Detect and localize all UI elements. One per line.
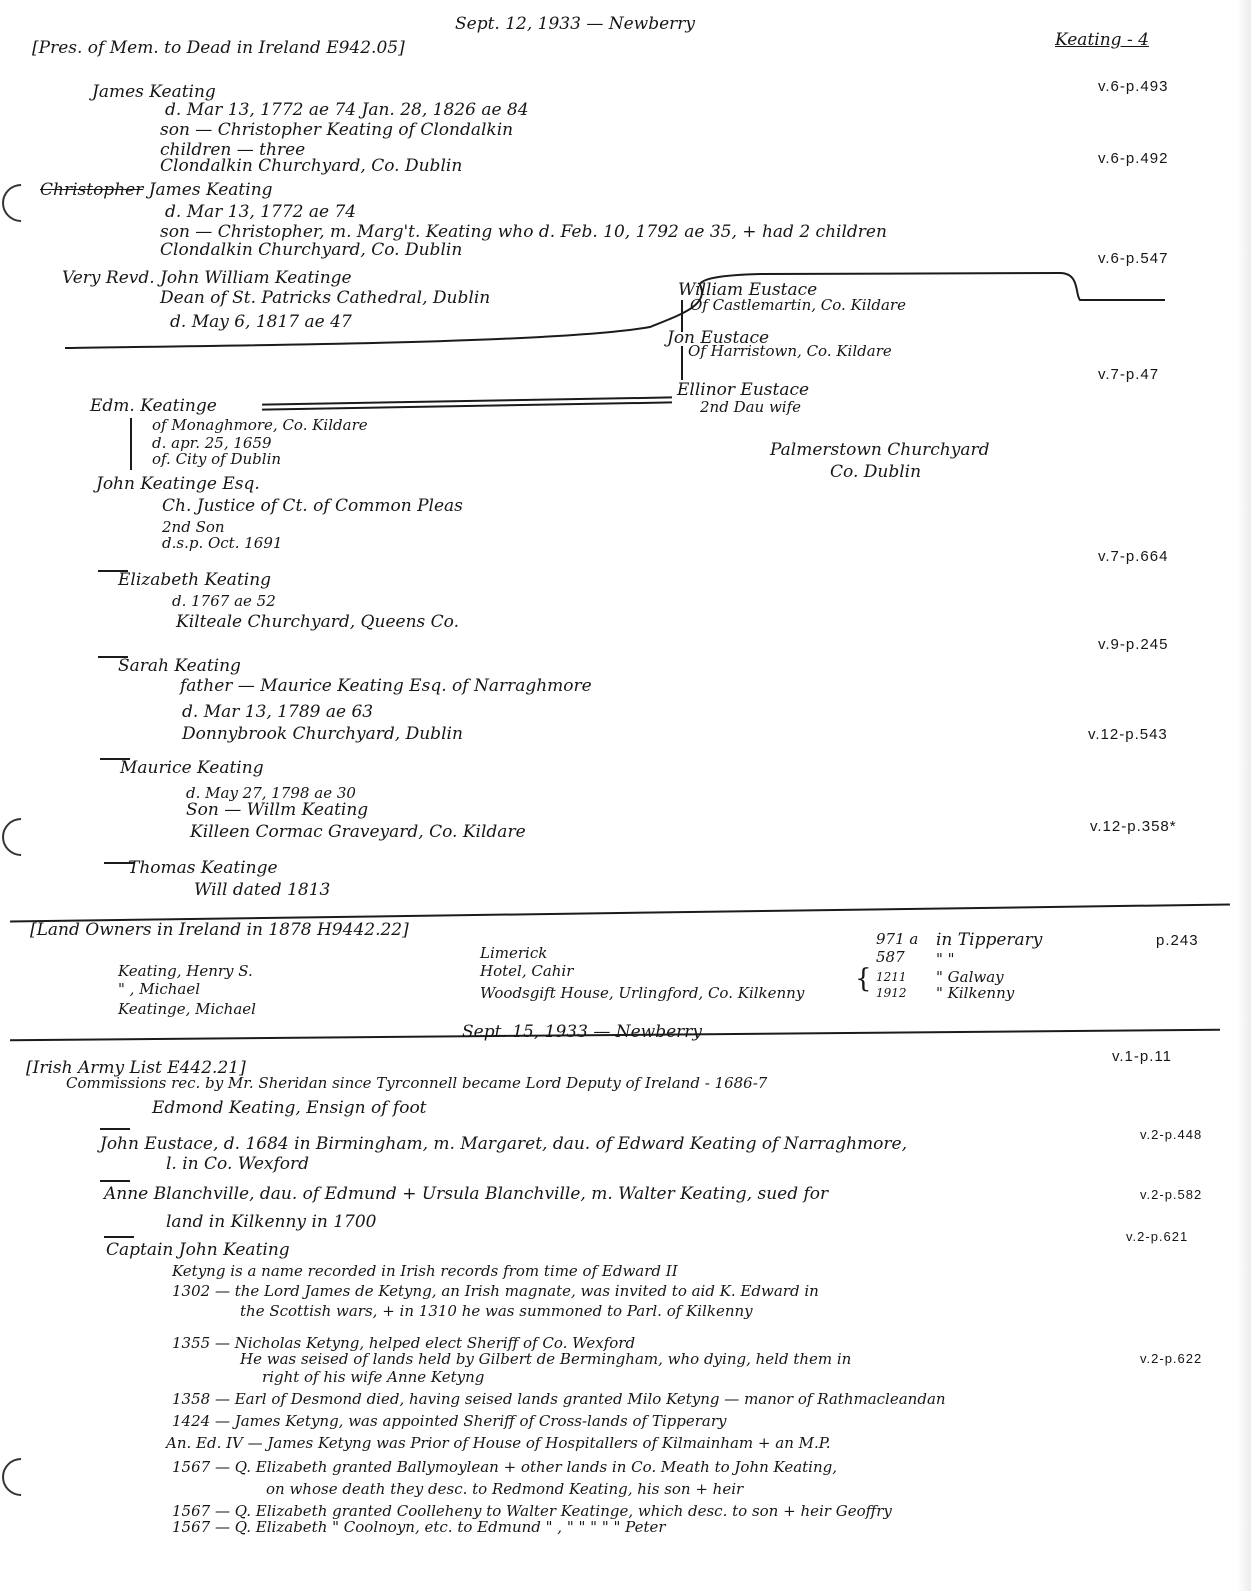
owner-name: Keatinge, Michael <box>118 1000 256 1018</box>
entry-line: Kilteale Churchyard, Queens Co. <box>176 612 459 632</box>
history-line: 1424 — James Ketyng, was appointed Sheri… <box>172 1412 727 1430</box>
entry-ref: v.6-p.492 <box>1098 150 1168 168</box>
entry-line: John Eustace, d. 1684 in Birmingham, m. … <box>100 1134 907 1154</box>
history-year: 1355 — <box>172 1334 235 1352</box>
binder-hole <box>0 1450 48 1504</box>
entry-line: father — Maurice Keating Esq. of Narragh… <box>180 676 592 696</box>
commission-detail: Edmond Keating, Ensign of foot <box>152 1098 427 1118</box>
entry-line: Ch. Justice of Ct. of Common Pleas <box>162 496 463 516</box>
entry-name: Christopher James Keating <box>40 180 273 200</box>
owner-acres: 1912 <box>876 984 907 1002</box>
owner-county: " Kilkenny <box>936 984 1014 1002</box>
owner-place: Limerick <box>480 944 547 962</box>
entry-line: d. Mar 13, 1772 ae 74 <box>165 202 356 222</box>
date-line: Sept. 12, 1933 — Newberry <box>455 14 695 34</box>
history-text: the Lord James de Ketyng, an Irish magna… <box>235 1282 819 1300</box>
entry-name: Thomas Keatinge <box>128 858 278 878</box>
entry-line: d.s.p. Oct. 1691 <box>162 534 282 552</box>
tree-line <box>681 346 683 380</box>
source-citation: [Land Owners in Ireland in 1878 H9442.22… <box>30 920 409 940</box>
history-text: right of his wife Anne Ketyng <box>262 1368 484 1386</box>
entry-ref: p.243 <box>1156 932 1199 950</box>
history-year: 1567 — <box>172 1458 235 1476</box>
struck-name: Christopher <box>40 180 143 200</box>
entry-name: Sarah Keating <box>118 656 241 676</box>
history-text: James Ketyng, was appointed Sheriff of C… <box>235 1412 727 1430</box>
history-text: on whose death they desc. to Redmond Kea… <box>266 1480 743 1498</box>
entry-name: Captain John Keating <box>106 1240 290 1260</box>
burial-place: Co. Dublin <box>830 462 921 482</box>
eustace-detail: Of Harristown, Co. Kildare <box>688 342 892 360</box>
entry-line: d. Mar 13, 1789 ae 63 <box>182 702 373 722</box>
entry-ref: v.2-p.448 <box>1140 1126 1202 1144</box>
entry-line: son — Christopher, m. Marg't. Keating wh… <box>160 222 887 242</box>
history-year: 1567 — <box>172 1518 235 1536</box>
entry-name: Elizabeth Keating <box>118 570 271 590</box>
entry-line: d. Mar 13, 1772 ae 74 Jan. 28, 1826 ae 8… <box>165 100 529 120</box>
entry-ref: v.2-p.621 <box>1126 1228 1188 1246</box>
history-line: on whose death they desc. to Redmond Kea… <box>266 1480 743 1498</box>
entry-ref: v.7-p.664 <box>1098 548 1168 566</box>
entry-line: of. City of Dublin <box>152 450 281 468</box>
entry-ref: v.1-p.11 <box>1112 1048 1172 1066</box>
entry-ref: v.9-p.245 <box>1098 636 1168 654</box>
entry-line: Will dated 1813 <box>194 880 330 900</box>
tree-line <box>130 418 132 470</box>
owner-place: Woodsgift House, Urlingford, Co. Kilkenn… <box>480 984 804 1002</box>
eustace-detail: Of Castlemartin, Co. Kildare <box>690 296 906 314</box>
entry-name: James Keating <box>92 82 216 102</box>
history-line: An. Ed. IV — James Ketyng was Prior of H… <box>166 1434 831 1452</box>
entry-line: Anne Blanchville, dau. of Edmund + Ursul… <box>104 1184 828 1204</box>
commission-intro: Commissions rec. by Mr. Sheridan since T… <box>66 1074 767 1092</box>
owner-acres: 971 a <box>876 930 918 948</box>
history-line: the Scottish wars, + in 1310 he was summ… <box>240 1302 753 1320</box>
entry-name: John Keatinge Esq. <box>96 474 260 494</box>
entry-line: Killeen Cormac Graveyard, Co. Kildare <box>190 822 526 842</box>
binder-hole <box>0 810 48 864</box>
entry-line: son — Christopher Keating of Clondalkin <box>160 120 513 140</box>
history-text: Earl of Desmond died, having seised land… <box>235 1390 946 1408</box>
owner-place: Hotel, Cahir <box>480 962 573 980</box>
history-year: 1424 — <box>172 1412 235 1430</box>
history-text: James Ketyng was Prior of House of Hospi… <box>267 1434 830 1452</box>
brace: { <box>855 970 872 988</box>
entry-dash <box>100 1180 130 1182</box>
history-line: 1567 — Q. Elizabeth " Coolnoyn, etc. to … <box>172 1518 666 1536</box>
history-text: the Scottish wars, + in 1310 he was summ… <box>240 1302 753 1320</box>
history-text: Ketyng is a name recorded in Irish recor… <box>172 1262 678 1280</box>
history-line: 1358 — Earl of Desmond died, having seis… <box>172 1390 946 1408</box>
entry-ref: v.6-p.493 <box>1098 78 1168 96</box>
history-text: Q. Elizabeth " Coolnoyn, etc. to Edmund … <box>235 1518 666 1536</box>
entry-ref: v.2-p.622 <box>1140 1350 1202 1368</box>
history-text: Q. Elizabeth granted Ballymoylean + othe… <box>235 1458 837 1476</box>
page-edge-shadow <box>1237 0 1251 1591</box>
history-line: 1302 — the Lord James de Ketyng, an Iris… <box>172 1282 819 1300</box>
history-line: right of his wife Anne Ketyng <box>262 1368 484 1386</box>
history-text: He was seised of lands held by Gilbert d… <box>240 1350 851 1368</box>
owner-county: in Tipperary <box>936 930 1042 950</box>
history-year: 1302 — <box>172 1282 235 1300</box>
page-label: Keating - 4 <box>1055 30 1149 50</box>
entry-dash <box>104 1236 134 1238</box>
history-line: He was seised of lands held by Gilbert d… <box>240 1350 851 1368</box>
bracket-connector <box>60 265 1170 355</box>
owner-name: " , Michael <box>118 980 200 998</box>
entry-line: of Monaghmore, Co. Kildare <box>152 416 368 434</box>
entry-line: Donnybrook Churchyard, Dublin <box>182 724 463 744</box>
entry-name-text: James Keating <box>149 180 273 200</box>
entry-dash <box>100 1128 130 1130</box>
entry-ref: v.7-p.47 <box>1098 366 1159 384</box>
owner-county: " " <box>936 950 955 968</box>
burial-place: Palmerstown Churchyard <box>770 440 990 460</box>
entry-ref: v.2-p.582 <box>1140 1186 1202 1204</box>
entry-line: l. in Co. Wexford <box>166 1154 309 1174</box>
history-year: 1358 — <box>172 1390 235 1408</box>
entry-ref: v.12-p.358* <box>1090 818 1177 836</box>
entry-line: land in Kilkenny in 1700 <box>166 1212 377 1232</box>
entry-line: Clondalkin Churchyard, Co. Dublin <box>160 156 462 176</box>
entry-name: Maurice Keating <box>120 758 264 778</box>
history-line: 1567 — Q. Elizabeth granted Ballymoylean… <box>172 1458 837 1476</box>
owner-acres: 587 <box>876 948 905 966</box>
history-line: Ketyng is a name recorded in Irish recor… <box>172 1262 678 1280</box>
history-year: An. Ed. IV — <box>166 1434 267 1452</box>
owner-name: Keating, Henry S. <box>118 962 253 980</box>
source-citation: [Pres. of Mem. to Dead in Ireland E942.0… <box>32 38 405 58</box>
eustace-name: Ellinor Eustace <box>677 380 809 400</box>
entry-line: d. 1767 ae 52 <box>172 592 276 610</box>
eustace-detail: 2nd Dau wife <box>700 398 801 416</box>
entry-ref: v.12-p.543 <box>1088 726 1168 744</box>
date-line: Sept. 15, 1933 — Newberry <box>462 1022 702 1042</box>
entry-line: Son — Willm Keating <box>186 800 368 820</box>
entry-name: Edm. Keatinge <box>90 396 217 416</box>
entry-line: Clondalkin Churchyard, Co. Dublin <box>160 240 462 260</box>
